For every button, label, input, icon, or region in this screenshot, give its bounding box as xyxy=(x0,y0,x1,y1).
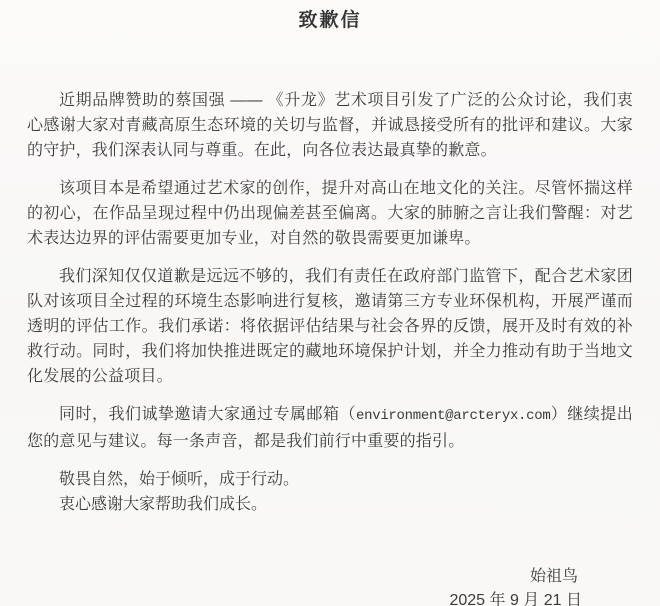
closing-line-motto: 敬畏自然，始于倾听，成于行动。 xyxy=(27,467,633,492)
signature-block: 始祖鸟 2025 年 9 月 21 日 xyxy=(27,565,633,606)
paragraph-email: 同时，我们诚挚邀请大家通过专属邮箱（environment@arcteryx.c… xyxy=(27,402,633,454)
paragraph-commitment: 我们深知仅仅道歉是远远不够的，我们有责任在政府部门监管下，配合艺术家团队对该项目… xyxy=(27,264,633,389)
signature-brand-name: 始祖鸟 xyxy=(27,565,578,589)
contact-email: environment@arcteryx.com xyxy=(356,408,550,424)
closing-lines: 敬畏自然，始于倾听，成于行动。 衷心感谢大家帮助我们成长。 xyxy=(27,467,633,517)
paragraph-intro: 近期品牌赞助的蔡国强 —— 《升龙》艺术项目引发了广泛的公众讨论，我们衷心感谢大… xyxy=(27,88,633,163)
paragraph-intent: 该项目本是希望通过艺术家的创作，提升对高山在地文化的关注。尽管怀揣这样的初心，在… xyxy=(27,176,633,251)
letter-body: 近期品牌赞助的蔡国强 —— 《升龙》艺术项目引发了广泛的公众讨论，我们衷心感谢大… xyxy=(27,88,633,517)
page-title: 致歉信 xyxy=(27,8,633,34)
signature-date: 2025 年 9 月 21 日 xyxy=(27,589,582,606)
email-paragraph-prefix: 同时，我们诚挚邀请大家通过专属邮箱（ xyxy=(59,406,356,423)
closing-line-thanks: 衷心感谢大家帮助我们成长。 xyxy=(27,492,633,517)
apology-letter-page: 致歉信 近期品牌赞助的蔡国强 —— 《升龙》艺术项目引发了广泛的公众讨论，我们衷… xyxy=(0,0,660,606)
